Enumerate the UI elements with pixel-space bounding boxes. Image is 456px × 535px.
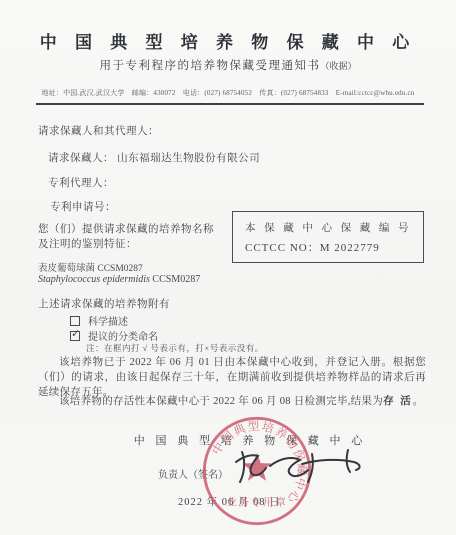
checkbox-unchecked-icon xyxy=(70,316,80,326)
handwritten-signature xyxy=(228,440,368,492)
document-title: 中 国 典 型 培 养 物 保 藏 中 心 xyxy=(0,28,456,53)
viability-paragraph: 该培养物的存活性本保藏中心于 2022 年 06 月 08 日检测完毕,结果为存… xyxy=(38,394,426,409)
checkbox-checked-icon: ✓ xyxy=(70,331,80,341)
header-divider xyxy=(36,103,424,105)
culture-intro-line2: 及注明的鉴别特征： xyxy=(38,236,137,251)
strain-latin-number: CCSM0287 xyxy=(150,274,200,285)
requester-label: 请求保藏人： xyxy=(48,153,114,164)
patent-agent-label: 专利代理人： xyxy=(48,175,114,190)
subtitle-text: 用于专利程序的培养物保藏受理通知书 xyxy=(99,60,320,72)
document-page: 中 国 典 型 培 养 物 保 藏 中 心 用于专利程序的培养物保藏受理通知书（… xyxy=(0,0,456,535)
strain-name-chinese: 表皮葡萄球菌 CCSM0287 xyxy=(38,260,143,274)
checkbox-row-scientific-description: 科学描述 xyxy=(70,313,128,328)
document-subtitle: 用于专利程序的培养物保藏受理通知书（收据） xyxy=(0,57,456,73)
strain-name-latin: Staphylococcus epidermidis CCSM0287 xyxy=(38,274,200,285)
checkbox-row-proposed-taxonomy: ✓ 提议的分类命名 xyxy=(70,328,158,343)
subtitle-receipt-tag: （收据） xyxy=(320,61,356,71)
checkbox-label: 提议的分类命名 xyxy=(88,328,158,343)
viability-result: 存 活 xyxy=(383,396,413,407)
attachment-heading: 上述请求保藏的培养物附有 xyxy=(38,296,170,311)
strain-latin-binomial: Staphylococcus epidermidis xyxy=(38,274,150,285)
patent-number-label: 专利申请号： xyxy=(50,199,116,214)
deposit-number-box: 本 保 藏 中 心 保 藏 编 号 CCTCC NO：M 2022779 xyxy=(232,211,424,263)
checkbox-label: 科学描述 xyxy=(88,313,128,328)
checkbox-note: 注：在框内打 √ 号表示有，打×号表示没有。 xyxy=(86,342,264,354)
requester-value: 山东福瑞达生物股份有限公司 xyxy=(117,153,260,164)
requester-row: 请求保藏人： 山东福瑞达生物股份有限公司 xyxy=(48,150,260,165)
requesters-heading: 请求保藏人和其代理人： xyxy=(38,123,159,138)
contact-address-line: 地址：中国.武汉.武汉大学 邮编：430072 电话：(027) 6875405… xyxy=(0,88,456,98)
culture-intro-line1: 您（们）提供请求保藏的培养物名称 xyxy=(38,221,214,236)
deposit-number-value: CCTCC NO：M 2022779 xyxy=(245,239,413,255)
deposit-number-caption: 本 保 藏 中 心 保 藏 编 号 xyxy=(245,220,413,235)
stamp-bottom-text: 业务专用章 xyxy=(226,495,287,508)
viability-text: 该培养物的存活性本保藏中心于 2022 年 06 月 08 日检测完毕,结果为 xyxy=(59,396,383,407)
